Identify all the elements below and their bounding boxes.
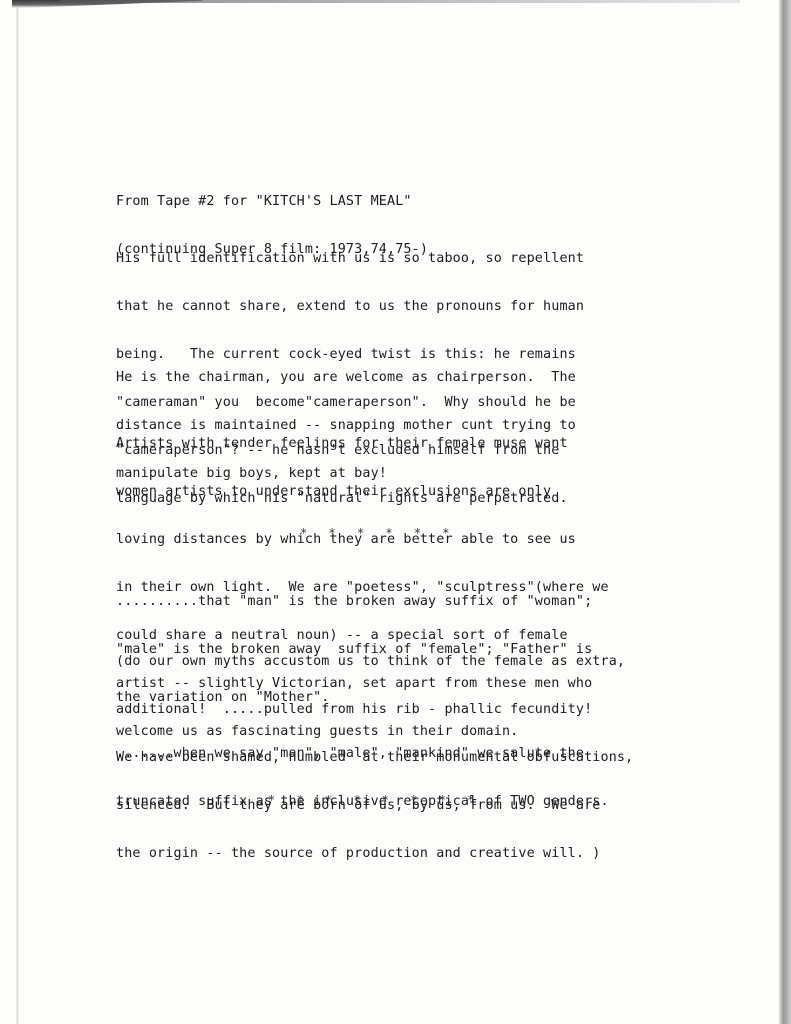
text-line: (do our own myths accustom us to think o… — [116, 654, 633, 670]
section-separator: * * * * * * — [300, 526, 451, 540]
text-line: His full identification with us is so ta… — [116, 251, 584, 267]
scanned-page: From Tape #2 for "KITCH'S LAST MEAL" (co… — [0, 0, 791, 1024]
closing-separator: * * * * * * * * — [268, 793, 476, 807]
text-line: He is the chairman, you are welcome as c… — [116, 370, 576, 386]
text-line: women artists to understand their exclus… — [116, 484, 609, 500]
text-line: that he cannot share, extend to us the p… — [116, 299, 584, 315]
text-line: the origin -- the source of production a… — [116, 846, 633, 862]
scan-edge-top — [60, 0, 740, 3]
scan-edge-left — [16, 6, 19, 1024]
text-line: Artists with tender feelings for their f… — [116, 436, 609, 452]
text-line: .......when we say "man", "male", "manki… — [116, 746, 609, 762]
scan-edge-right — [779, 0, 791, 1024]
heading-line: From Tape #2 for "KITCH'S LAST MEAL" — [116, 194, 428, 210]
text-line: ..........that "man" is the broken away … — [116, 594, 592, 610]
paragraph-truncated-suffix: .......when we say "man", "male", "manki… — [116, 714, 609, 842]
